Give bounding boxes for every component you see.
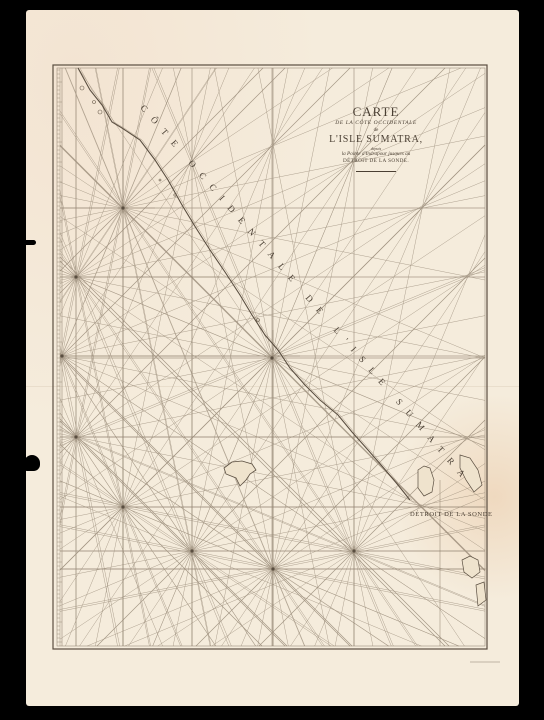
java-coast — [418, 466, 434, 496]
compass-rose — [271, 567, 274, 570]
compass-rose — [60, 354, 63, 357]
compass-rose — [121, 206, 124, 209]
title-cartouche: CARTE DE LA CÔTE OCCIDENTALE de L'ISLE S… — [322, 105, 430, 172]
compass-rose — [74, 275, 77, 278]
compass-rose — [352, 549, 355, 552]
cartouche-title: CARTE — [322, 105, 430, 119]
cartouche-line4: L'ISLE SUMATRA, — [322, 134, 430, 146]
cartouche-line6: la Pointe d'Indrapour jusques au — [322, 151, 430, 158]
compass-rose — [74, 435, 77, 438]
cartouche-line3: de — [322, 127, 430, 134]
strait-label: DÉTROIT DE LA SONDE — [410, 511, 493, 518]
nautical-chart: CÔTE OCCIDENTALE DE L'ISLE SUMATRA — [0, 0, 544, 720]
compass-rose — [270, 356, 273, 359]
cartouche-rule — [356, 171, 396, 172]
cartouche-line2: DE LA CÔTE OCCIDENTALE — [322, 119, 430, 127]
compass-rose — [121, 505, 124, 508]
cartouche-line7: DÉTROIT DE LA SONDE. — [322, 158, 430, 165]
compass-rose — [190, 549, 193, 552]
